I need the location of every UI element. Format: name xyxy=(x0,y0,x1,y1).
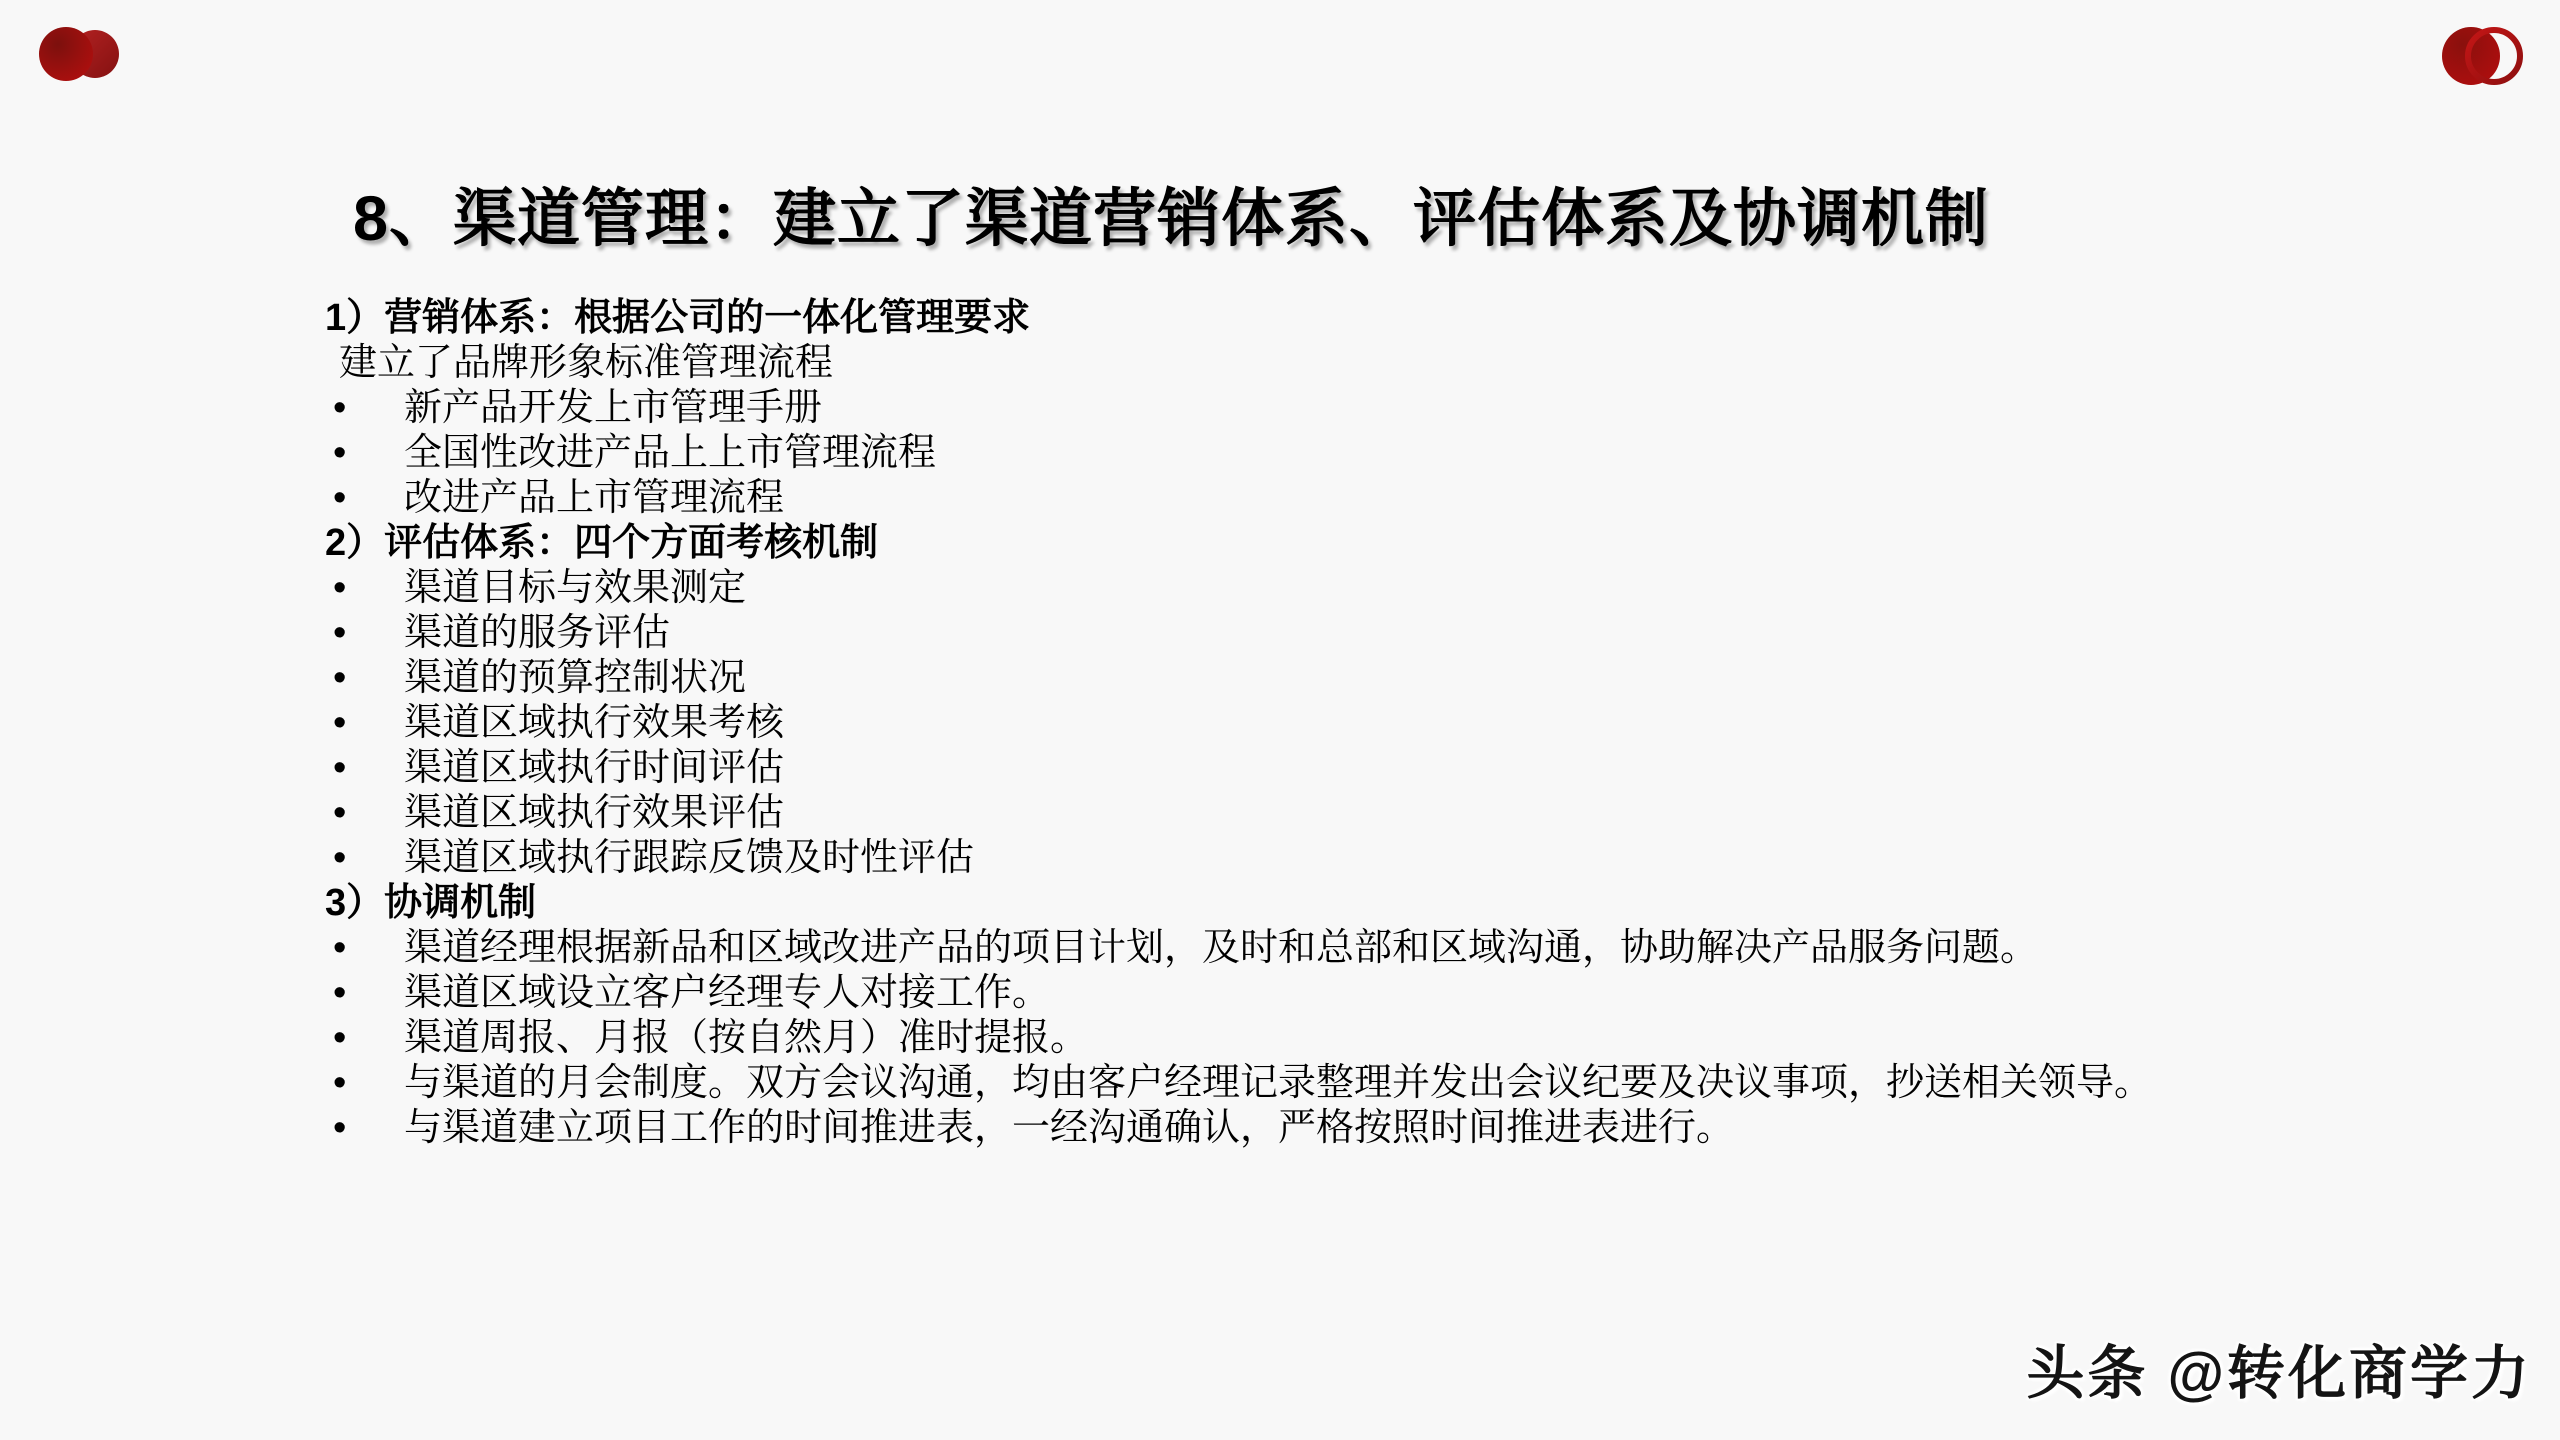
bullet-text: 渠道区域执行效果考核 xyxy=(404,701,784,746)
bullet-icon: • xyxy=(333,476,404,521)
bullet-text: 渠道周报、月报（按自然月）准时提报。 xyxy=(404,1016,1088,1061)
section-1-heading: 1）营销体系：根据公司的一体化管理要求 xyxy=(325,296,2152,341)
page-title: 8、渠道管理：建立了渠道营销体系、评估体系及协调机制 xyxy=(353,168,1989,259)
list-item: • 新产品开发上市管理手册 xyxy=(325,386,2152,431)
bullet-text: 新产品开发上市管理手册 xyxy=(404,386,822,431)
bullet-text: 改进产品上市管理流程 xyxy=(404,476,784,521)
bullet-text: 与渠道的月会制度。双方会议沟通，均由客户经理记录整理并发出会议纪要及决议事项，抄… xyxy=(404,1061,2152,1106)
bullet-text: 渠道目标与效果测定 xyxy=(404,566,746,611)
bullet-icon: • xyxy=(333,836,404,881)
bullet-text: 渠道区域执行效果评估 xyxy=(404,791,784,836)
bullet-icon: • xyxy=(333,656,404,701)
list-item: • 与渠道建立项目工作的时间推进表，一经沟通确认，严格按照时间推进表进行。 xyxy=(325,1106,2152,1151)
list-item: • 渠道区域执行跟踪反馈及时性评估 xyxy=(325,836,2152,881)
two-circles-logo-icon xyxy=(38,24,126,91)
bullet-icon: • xyxy=(333,431,404,476)
bullet-icon: • xyxy=(333,971,404,1016)
bullet-icon: • xyxy=(333,1061,404,1106)
circle-ring-logo-svg xyxy=(2440,24,2528,88)
bullet-icon: • xyxy=(333,386,404,431)
watermark: 头条 @转化商学力 xyxy=(2026,1326,2532,1410)
list-item: • 渠道区域执行时间评估 xyxy=(325,746,2152,791)
list-item: • 渠道区域执行效果评估 xyxy=(325,791,2152,836)
circle-ring-logo-icon xyxy=(2440,24,2528,93)
bullet-text: 渠道区域执行跟踪反馈及时性评估 xyxy=(404,836,974,881)
bullet-text: 渠道区域设立客户经理专人对接工作。 xyxy=(404,971,1050,1016)
list-item: • 渠道目标与效果测定 xyxy=(325,566,2152,611)
bullet-icon: • xyxy=(333,1106,404,1151)
section-1-intro: 建立了品牌形象标准管理流程 xyxy=(325,341,2152,386)
bullet-text: 渠道的预算控制状况 xyxy=(404,656,746,701)
bullet-icon: • xyxy=(333,746,404,791)
bullet-icon: • xyxy=(333,701,404,746)
list-item: • 渠道区域设立客户经理专人对接工作。 xyxy=(325,971,2152,1016)
list-item: • 渠道经理根据新品和区域改进产品的项目计划，及时和总部和区域沟通，协助解决产品… xyxy=(325,926,2152,971)
list-item: • 与渠道的月会制度。双方会议沟通，均由客户经理记录整理并发出会议纪要及决议事项… xyxy=(325,1061,2152,1106)
list-item: • 渠道的服务评估 xyxy=(325,611,2152,656)
bullet-icon: • xyxy=(333,611,404,656)
slide-body: 1）营销体系：根据公司的一体化管理要求 建立了品牌形象标准管理流程 • 新产品开… xyxy=(325,296,2152,1151)
list-item: • 改进产品上市管理流程 xyxy=(325,476,2152,521)
bullet-text: 全国性改进产品上上市管理流程 xyxy=(404,431,936,476)
slide-canvas: 8、渠道管理：建立了渠道营销体系、评估体系及协调机制 1）营销体系：根据公司的一… xyxy=(0,0,2560,1440)
list-item: • 渠道的预算控制状况 xyxy=(325,656,2152,701)
bullet-icon: • xyxy=(333,566,404,611)
list-item: • 渠道周报、月报（按自然月）准时提报。 xyxy=(325,1016,2152,1061)
bullet-text: 与渠道建立项目工作的时间推进表，一经沟通确认，严格按照时间推进表进行。 xyxy=(404,1106,1734,1151)
bullet-text: 渠道区域执行时间评估 xyxy=(404,746,784,791)
bullet-text: 渠道的服务评估 xyxy=(404,611,670,656)
list-item: • 渠道区域执行效果考核 xyxy=(325,701,2152,746)
section-3-heading: 3）协调机制 xyxy=(325,881,2152,926)
bullet-icon: • xyxy=(333,1016,404,1061)
bullet-text: 渠道经理根据新品和区域改进产品的项目计划，及时和总部和区域沟通，协助解决产品服务… xyxy=(404,926,2038,971)
two-circles-logo-svg xyxy=(38,24,126,86)
list-item: • 全国性改进产品上上市管理流程 xyxy=(325,431,2152,476)
bullet-icon: • xyxy=(333,791,404,836)
section-2-heading: 2）评估体系：四个方面考核机制 xyxy=(325,521,2152,566)
bullet-icon: • xyxy=(333,926,404,971)
